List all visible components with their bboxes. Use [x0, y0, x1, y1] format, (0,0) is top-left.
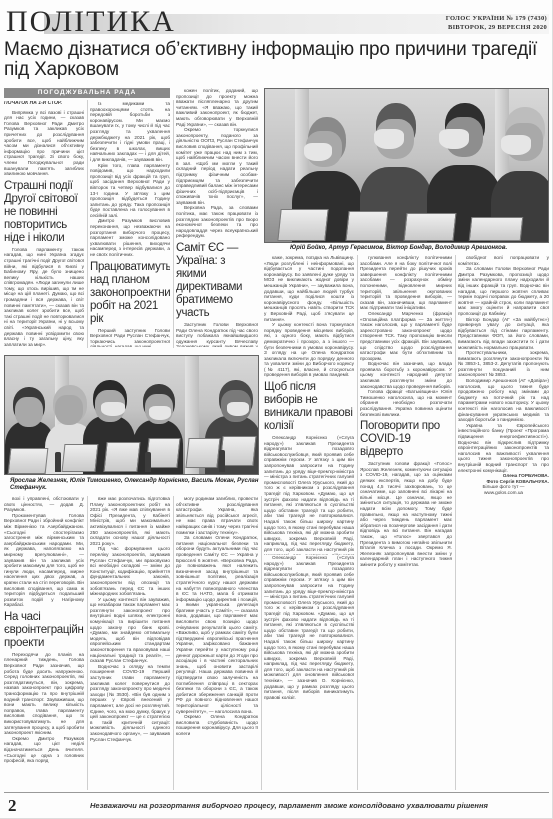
continuation-note: ПОЧАТОК НА 1-Й СТОР.	[4, 101, 84, 107]
paragraph: Окремо Дмитро Разумков нагадав, що цієї …	[4, 736, 84, 764]
paragraph: гулювання конфлікту політичними засобами…	[360, 255, 452, 311]
paragraph: Крім того, глава парламенту повідомив, щ…	[90, 163, 170, 219]
article-column-5: свобідної волі попрацювати у комітетах. …	[458, 255, 549, 790]
paragraph: Прокоментував Голова Верховної Ради і зб…	[4, 513, 84, 608]
footer-rule	[4, 792, 549, 793]
subheading: Поговорити про COVID-19 відверто	[360, 420, 452, 459]
paragraph: Під час формування цього переліку законо…	[90, 546, 170, 596]
paragraph: Переходячи до планів на пленарний тижден…	[4, 652, 84, 736]
paragraph: Окремо Олена Кондратюк висловила стурбов…	[176, 714, 258, 736]
photo-bottle	[55, 452, 61, 472]
paragraph: Віктор Бондар (АГ «За майбутнє») приверн…	[458, 317, 549, 351]
photo-bottle	[145, 452, 151, 472]
article-column-11: Олександр Корнієнко («Слуга народу») зак…	[264, 555, 354, 790]
photo-deputies-top	[264, 88, 549, 243]
paragraph: Україна та Європейського інвестиційного …	[458, 423, 549, 473]
paragraph: Володимир Арешонков (АГ «Довіра») наголо…	[458, 378, 549, 423]
paragraph: Випрямка у всі вазові і страшні для нас …	[4, 110, 84, 177]
page-number: 2	[8, 796, 17, 816]
paragraph: Перший заступник Голови Верховної Ради Р…	[90, 328, 170, 347]
issue-number: ГОЛОС УКРАЇНИ № 179 (7430)	[446, 14, 547, 23]
article-column-9: вже має розпочатись підготовка Плану зак…	[90, 496, 170, 790]
section-title: ПОЛІТИКА	[6, 6, 176, 38]
article-column-8: вохі і управлені, обстоювати у своїх цін…	[4, 496, 84, 790]
photo-monitor	[62, 444, 99, 472]
article-column-6: гулювання конфлікту політичними засобами…	[360, 255, 452, 790]
photo-monitor	[404, 213, 457, 241]
photo-monitor	[277, 209, 328, 241]
paragraph: Олександр Марченко (фракція «Опозиційна …	[360, 311, 452, 361]
article-column-1: ПОЧАТОК НА 1-Й СТОР. Випрямка у всі вазо…	[4, 101, 84, 347]
article-column-10: могу родинам загиблих, провести об’єктив…	[176, 496, 258, 790]
photo-monitor	[103, 442, 140, 472]
newspaper-page: ПОЛІТИКА ГОЛОС УКРАЇНИ № 179 (7430) ВІВТ…	[0, 0, 553, 819]
article-column-3: кожен політик, доданий, що пропозиції до…	[176, 88, 258, 347]
column-rule	[87, 496, 88, 790]
paragraph: Заступник голови фракції «Голос» Ярослав…	[360, 461, 452, 567]
paragraph: Водночас він зазначив, що влада проявила…	[360, 361, 452, 389]
paragraph: Дмитро Разумков висловив переконання, що…	[90, 218, 170, 257]
column-rule	[173, 496, 174, 790]
column-rule	[173, 100, 174, 348]
paragraph: Водночас з огляду на темпи поширення COV…	[90, 664, 170, 742]
paragraph: Голова фракції «Батьківщина» Юлія Тимоше…	[360, 389, 452, 417]
paragraph: За словами Олени Кондратюк, питання наці…	[176, 535, 258, 714]
column-rule	[261, 496, 262, 790]
paragraph: Голова парламенту також нагадав, що нині…	[4, 247, 84, 347]
footer-tagline: Незважаючи на розгортання виборчого проц…	[90, 801, 488, 810]
paragraph: вже має розпочатись підготовка Плану зак…	[90, 496, 170, 546]
subheading: Працюватимуть над планом законопроектних…	[90, 261, 170, 326]
photo-bottle	[219, 450, 225, 472]
subheading: Щоб після виборів не виникали правові ко…	[264, 381, 354, 433]
photo-monitor	[469, 217, 524, 241]
article-headline: Маємо дізнатися об’єктивну інформацію пр…	[4, 40, 549, 80]
article-column-4: каже, зокрема, поїздка на Львівщину. «Лю…	[264, 255, 354, 555]
paragraph: Окремо торкнулися законопроекту, поданог…	[176, 127, 258, 205]
website-link[interactable]: www.golos.com.ua	[458, 490, 549, 496]
photo-monitor	[8, 448, 49, 474]
subheading: На часі євроінтеграційні проекти	[4, 611, 84, 650]
paragraph: Олександр Корнієнко («Слуга народу») зак…	[264, 555, 354, 700]
photo-caption-left: Ярослав Железняк, Юлія Тимошенко, Олекса…	[10, 478, 260, 492]
paragraph: Заступник Голови Верховної Ради Олена Ко…	[176, 322, 258, 347]
photo-monitor	[345, 211, 388, 241]
photo-caption-top: Юрій Бойко, Артур Герасимов, Віктор Бонд…	[290, 245, 550, 252]
photo-deputies-left	[4, 355, 259, 475]
paragraph: кожен політик, доданий, що пропозиції до…	[176, 88, 258, 127]
paragraph: могу родинам загиблих, провести об’єктив…	[176, 496, 258, 535]
subheading: Саміт ЄС — Україна: з якими директивами …	[176, 242, 258, 320]
paragraph: Олександр Корнієнко («Слуга народу») зак…	[264, 435, 354, 555]
paragraph: У цьому контексті вона торкнулася порядк…	[264, 322, 354, 378]
paragraph: У цьому контексті він зауважив, що незаб…	[90, 597, 170, 664]
paragraph: каже, зокрема, поїздка на Львівщину. «Лю…	[264, 255, 354, 322]
photo-monitor	[185, 438, 220, 468]
column-rule	[455, 255, 456, 790]
subheading: Страшні події Другої світової не повинні…	[4, 180, 84, 245]
paragraph: Верховна Рада, за словами політика, має …	[176, 205, 258, 239]
paragraph: Протестувальники, зокрема, вимагають роз…	[458, 350, 549, 378]
rubric-label: ПОГОДЖУВАЛЬНА РАДА	[4, 88, 170, 98]
paragraph: За словами Голови Верховної Ради Дмитра …	[458, 266, 549, 316]
column-rule	[357, 255, 358, 790]
masthead: ПОЛІТИКА ГОЛОС УКРАЇНИ № 179 (7430) ВІВТ…	[4, 6, 549, 36]
issue-info: ГОЛОС УКРАЇНИ № 179 (7430) ВІВТОРОК, 29 …	[446, 14, 547, 32]
issue-date: ВІВТОРОК, 29 ВЕРЕСНЯ 2020	[446, 23, 547, 32]
paragraph: вохі і управлені, обстоювати у своїх цін…	[4, 496, 84, 513]
article-column-2: Із медиками та правоохоронцями стоїть на…	[90, 101, 170, 347]
paragraph: свобідної волі попрацювати у комітетах.	[458, 255, 549, 266]
paragraph: Із медиками та правоохоронцями стоїть на…	[90, 101, 170, 163]
column-rule	[87, 100, 88, 348]
